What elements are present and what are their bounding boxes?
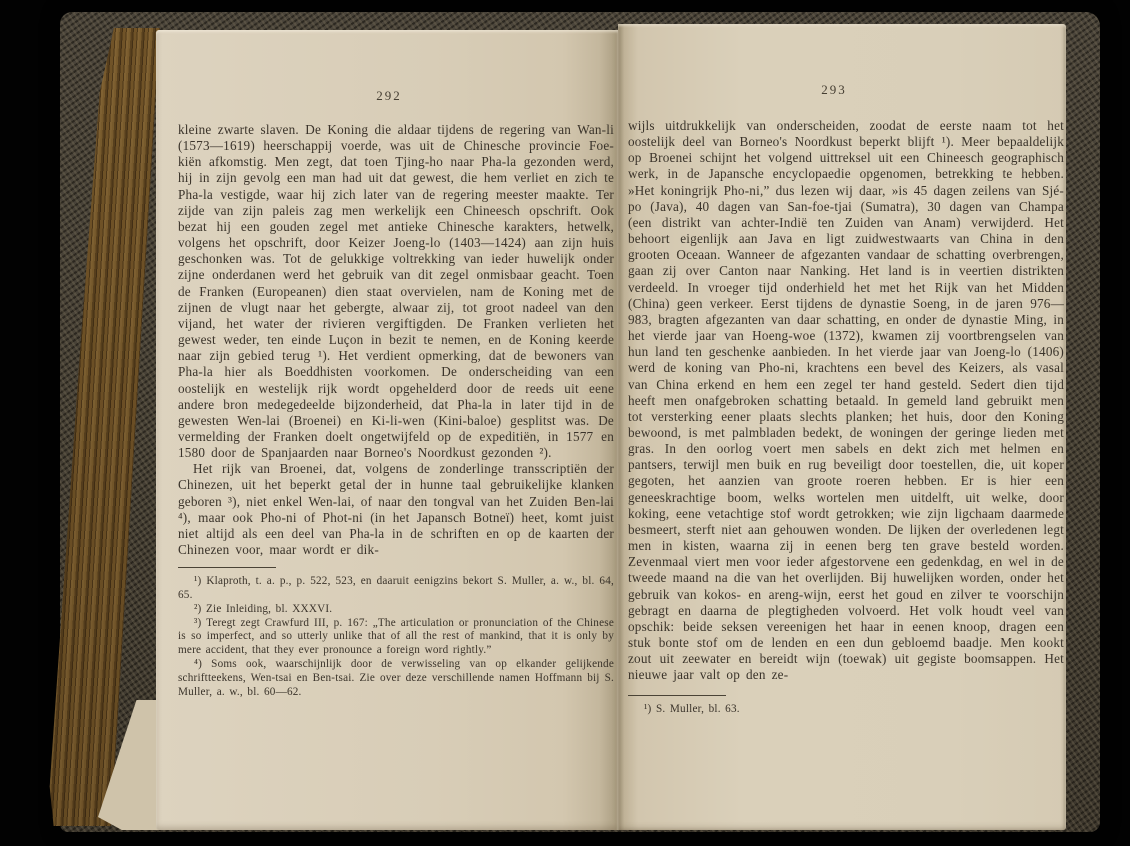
paragraph: wijls uitdrukkelijk van onderscheiden, z…	[628, 118, 1064, 683]
left-page-footnotes: ¹) Klaproth, t. a. p., p. 522, 523, en d…	[178, 575, 614, 699]
right-page: 293 wijls uitdrukkelijk van onderscheide…	[618, 24, 1066, 830]
left-page-number: 292	[158, 88, 620, 104]
left-page-text: kleine zwarte slaven. De Koning die alda…	[178, 122, 614, 699]
footnote: ²) Zie Inleiding, bl. XXXVI.	[178, 603, 614, 617]
left-page: 292 kleine zwarte slaven. De Koning die …	[156, 30, 618, 830]
right-page-text: wijls uitdrukkelijk van onderscheiden, z…	[628, 118, 1064, 717]
paragraph: Het rijk van Broenei, dat, volgens de zo…	[178, 461, 614, 558]
footnote: ¹) S. Muller, bl. 63.	[628, 703, 1064, 717]
paragraph: kleine zwarte slaven. De Koning die alda…	[178, 122, 614, 461]
footnote: ⁴) Soms ook, waarschijnlijk door de verw…	[178, 658, 614, 699]
footnote: ³) Teregt zegt Crawfurd III, p. 167: „Th…	[178, 617, 614, 658]
footnote: ¹) Klaproth, t. a. p., p. 522, 523, en d…	[178, 575, 614, 603]
footnote-separator-rule	[628, 695, 726, 696]
scan-backdrop: 292 kleine zwarte slaven. De Koning die …	[0, 0, 1130, 846]
right-page-footnotes: ¹) S. Muller, bl. 63.	[628, 703, 1064, 717]
footnote-separator-rule	[178, 567, 276, 568]
right-page-number: 293	[610, 82, 1058, 98]
